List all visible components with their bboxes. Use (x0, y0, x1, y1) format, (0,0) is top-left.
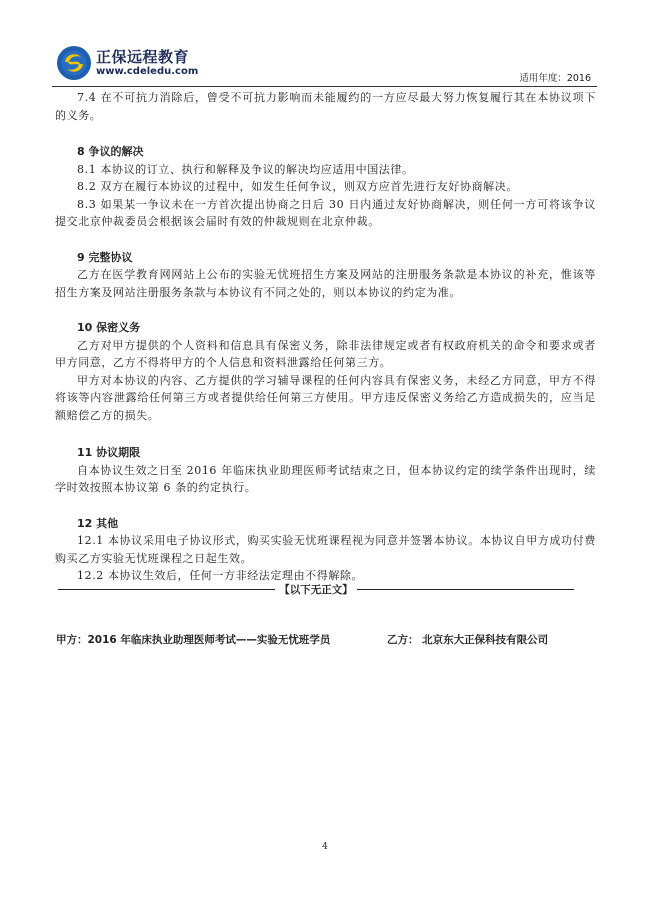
clause-12-1: 12.1 本协议采用电子协议形式，购买实验无忧班课程视为同意并签署本协议。本协议… (55, 532, 596, 567)
clause-11: 自本协议生效之日至 2016 年临床执业助理医师考试结束之日，但本协议约定的续学… (55, 462, 596, 497)
applicable-year: 适用年度：2016 (519, 70, 591, 84)
clause-7-4: 7.4 在不可抗力消除后，曾受不可抗力影响而未能履约的一方应尽最大努力恢复履行其… (55, 89, 596, 124)
clause-8-2: 8.2 双方在履行本协议的过程中，如发生任何争议，则双方应首先进行友好协商解决。 (55, 178, 596, 196)
page-number: 4 (0, 842, 650, 852)
section-10-heading: 10 保密义务 (55, 319, 596, 337)
divider-left (58, 589, 275, 590)
clause-10-2: 甲方对本协议的内容、乙方提供的学习辅导课程的任何内容具有保密义务，未经乙方同意，… (55, 372, 596, 425)
brand-url: www.cdeledu.com (96, 66, 198, 77)
clause-9: 乙方在医学教育网网站上公布的实验无忧班招生方案及网站的注册服务条款是本协议的补充… (55, 266, 596, 301)
clause-8-1: 8.1 本协议的订立、执行和解释及争议的解决均应适用中国法律。 (55, 161, 596, 179)
end-of-text-label: 【以下无正文】 (275, 582, 357, 597)
divider-right (357, 589, 574, 590)
end-of-text-marker: 【以下无正文】 (58, 581, 574, 597)
section-9-heading: 9 完整协议 (55, 249, 596, 267)
clause-8-3: 8.3 如果某一争议未在一方首次提出协商之日后 30 日内通过友好协商解决，则任… (55, 196, 596, 231)
page-header: 正保远程教育 www.cdeledu.com 适用年度：2016 (52, 44, 597, 87)
brand-name: 正保远程教育 (96, 46, 189, 67)
party-b-signature: 乙方： 北京东大正保科技有限公司 (387, 632, 548, 647)
clause-10-1: 乙方对甲方提供的个人资料和信息具有保密义务，除非法律规定或者有权政府机关的命令和… (55, 337, 596, 372)
party-a-signature: 甲方：2016 年临床执业助理医师考试——实验无忧班学员 (56, 632, 330, 647)
document-body: 7.4 在不可抗力消除后，曾受不可抗力影响而未能履约的一方应尽最大努力恢复履行其… (55, 89, 596, 585)
section-12-heading: 12 其他 (55, 515, 596, 533)
cdeledu-logo-icon (56, 45, 92, 81)
section-11-heading: 11 协议期限 (55, 444, 596, 462)
section-8-heading: 8 争议的解决 (55, 143, 596, 161)
